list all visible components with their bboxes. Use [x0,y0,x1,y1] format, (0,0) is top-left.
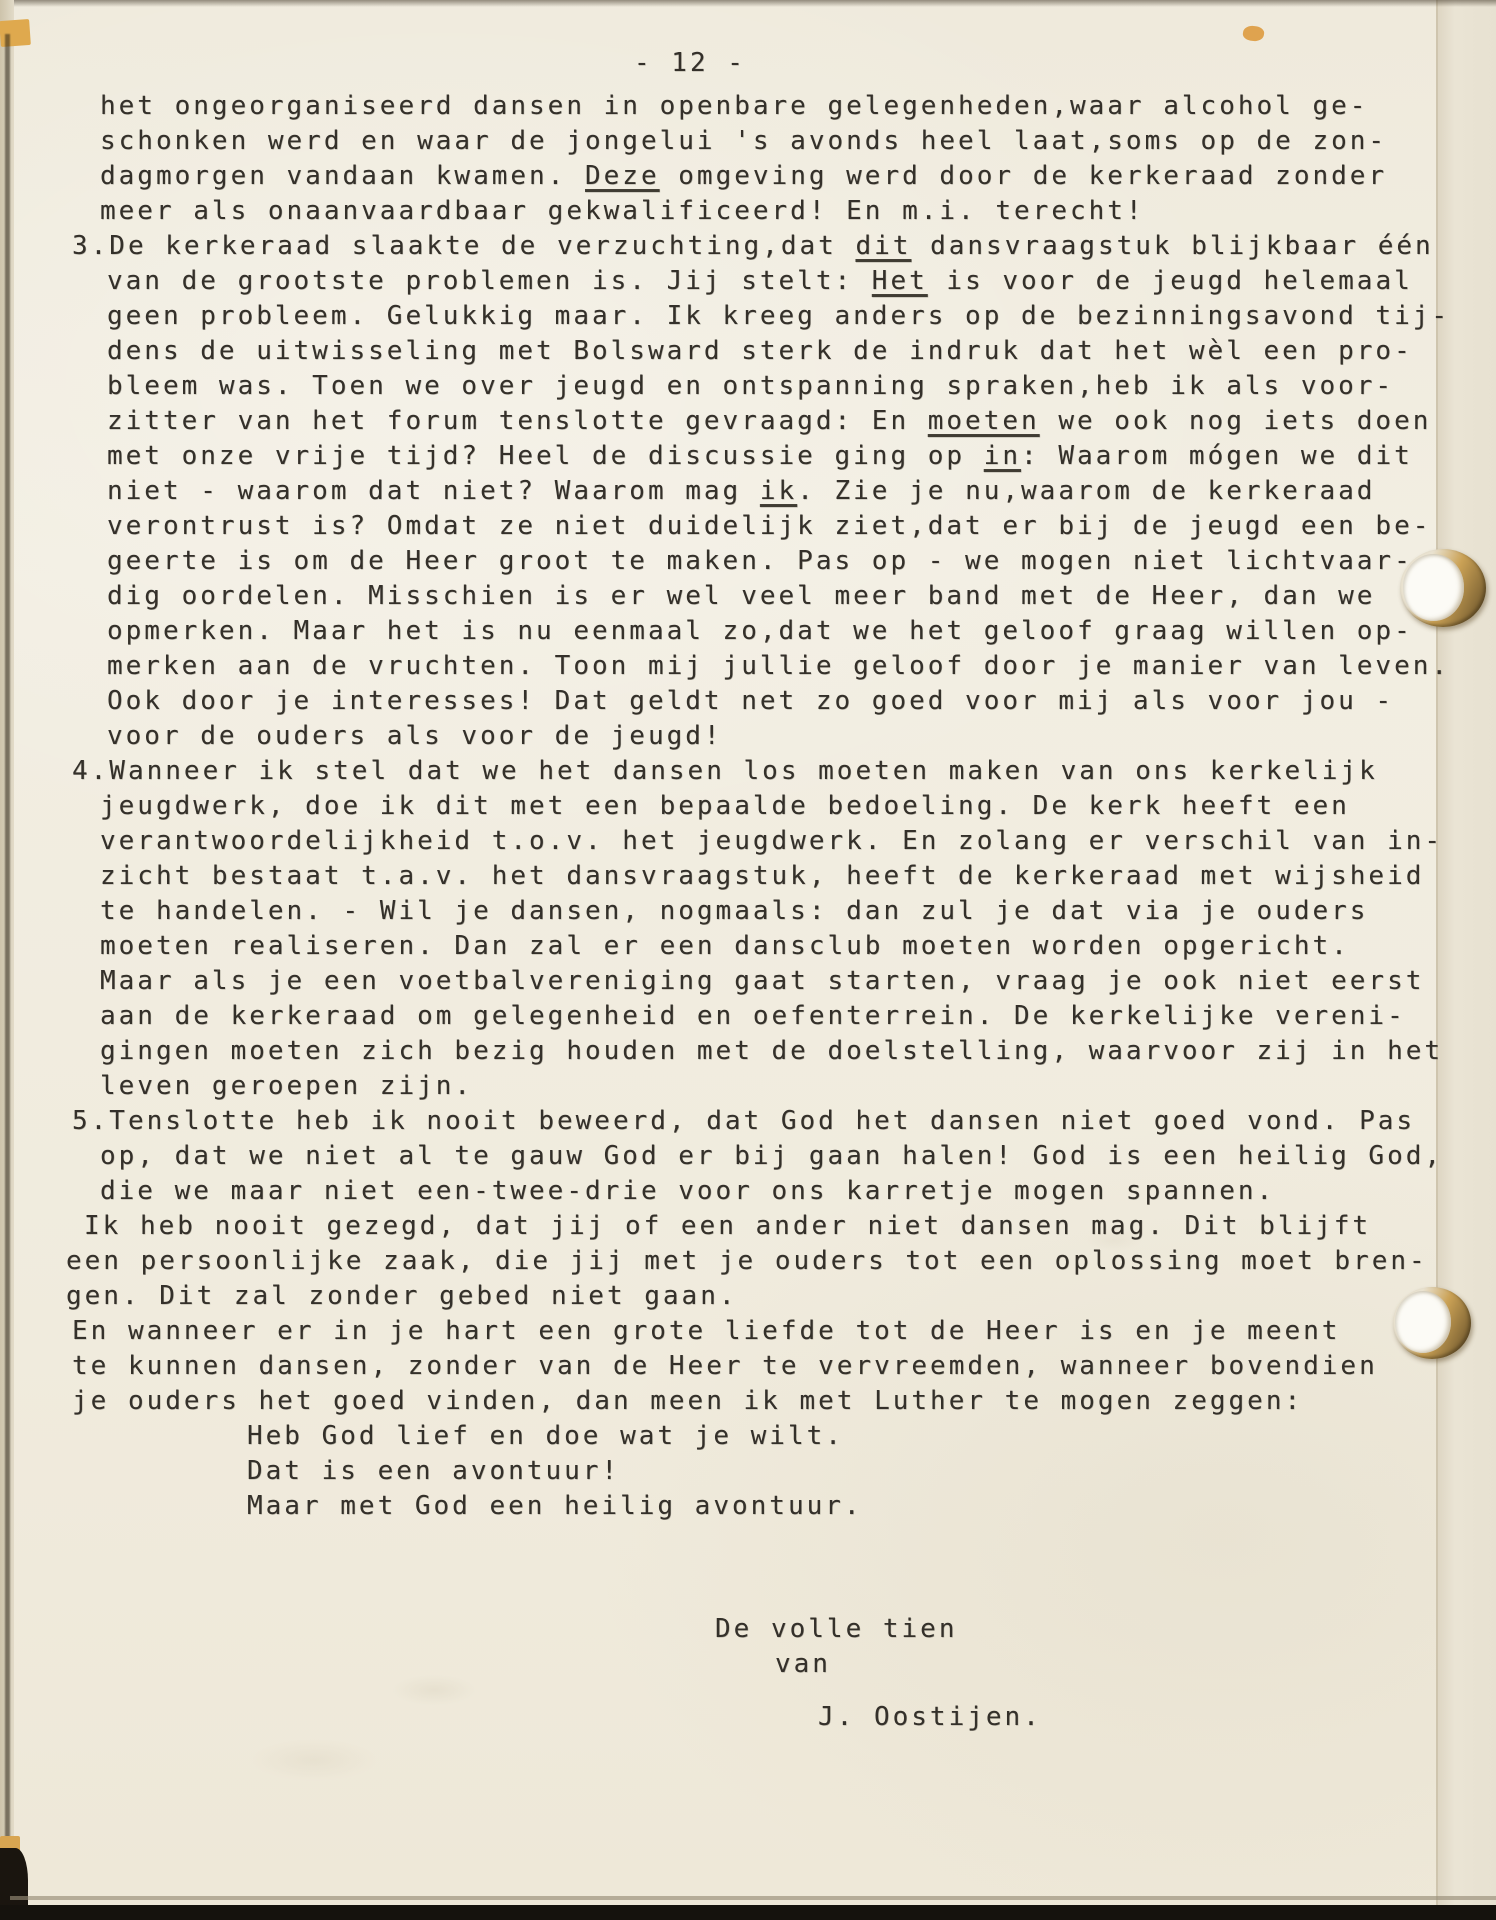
underlined-word: moeten [928,406,1040,436]
text-segment: dagmorgen vandaan kwamen. [100,161,585,191]
text-line: En wanneer er in je hart een grote liefd… [72,1314,1472,1349]
text-line: 3.De kerkeraad slaakte de verzuchting,da… [72,229,1472,264]
scan-bottom-bar [0,1905,1496,1920]
text-segment: van [775,1649,831,1679]
scan-top-shadow [0,0,1496,7]
text-line: Dat is een avontuur! [247,1454,1472,1489]
text-segment: Heb God lief en doe wat je wilt. [247,1421,844,1451]
text-segment: 5.Tenslotte heb ik nooit beweerd, dat Go… [72,1106,1415,1136]
text-segment: we ook nog iets doen [1040,406,1432,436]
underlined-word: Het [872,266,928,296]
text-segment: omgeving werd door de kerkeraad zonder [660,161,1387,191]
text-line: van [775,1647,1472,1682]
text-line: op, dat we niet al te gauw God er bij ga… [100,1139,1472,1174]
text-line: verantwoordelijkheid t.o.v. het jeugdwer… [100,824,1472,859]
text-segment: . Zie je nu,waarom de kerkeraad [797,476,1375,506]
text-line: van de grootste problemen is. Jij stelt:… [107,264,1472,299]
text-segment: En wanneer er in je hart een grote liefd… [72,1316,1340,1346]
text-segment: : Waarom mógen we dit [1021,441,1413,471]
text-line: Maar als je een voetbalvereniging gaat s… [100,964,1472,999]
text-segment: geerte is om de Heer groot te maken. Pas… [107,546,1413,576]
text-segment: het ongeorganiseerd dansen in openbare g… [100,91,1368,121]
text-line: dagmorgen vandaan kwamen. Deze omgeving … [100,159,1472,194]
text-line: dig oordelen. Misschien is er wel veel m… [107,579,1472,614]
text-segment: merken aan de vruchten. Toon mij jullie … [107,651,1450,681]
text-line: die we maar niet een-twee-drie voor ons … [100,1174,1472,1209]
text-line: 5.Tenslotte heb ik nooit beweerd, dat Go… [72,1104,1472,1139]
text-line: geen probleem. Gelukkig maar. Ik kreeg a… [107,299,1472,334]
text-line: J. Oostijen. [818,1700,1472,1735]
text-line: het ongeorganiseerd dansen in openbare g… [100,89,1472,124]
text-line: niet - waarom dat niet? Waarom mag ik. Z… [107,474,1472,509]
text-segment: op, dat we niet al te gauw God er bij ga… [100,1141,1443,1171]
text-segment: gen. Dit zal zonder gebed niet gaan. [66,1281,738,1311]
scanned-document-page: { "page": { "number": "- 12 -" }, "color… [0,0,1496,1920]
text-segment: dig oordelen. Misschien is er wel veel m… [107,581,1375,611]
text-line: aan de kerkeraad om gelegenheid en oefen… [100,999,1472,1034]
text-line: te handelen. - Wil je dansen, nogmaals: … [100,894,1472,929]
text-segment: dens de uitwisseling met Bolsward sterk … [107,336,1413,366]
underlined-word: Deze [585,161,660,191]
text-segment: opmerken. Maar het is nu eenmaal zo,dat … [107,616,1413,646]
text-line: Ik heb nooit gezegd, dat jij of een ande… [84,1209,1472,1244]
underlined-word: dit [855,231,911,261]
text-segment: Ik heb nooit gezegd, dat jij of een ande… [84,1211,1371,1241]
text-line: zicht bestaat t.a.v. het dansvraagstuk, … [100,859,1472,894]
text-line: meer als onaanvaardbaar gekwalificeerd! … [100,194,1472,229]
text-line: zitter van het forum tenslotte gevraagd:… [107,404,1472,439]
text-line: geerte is om de Heer groot te maken. Pas… [107,544,1472,579]
text-line: bleem was. Toen we over jeugd en ontspan… [107,369,1472,404]
text-line: jeugdwerk, doe ik dit met een bepaalde b… [100,789,1472,824]
text-segment: jeugdwerk, doe ik dit met een bepaalde b… [100,791,1350,821]
text-segment: verantwoordelijkheid t.o.v. het jeugdwer… [100,826,1443,856]
underlined-word: ik [760,476,797,506]
text-segment: Maar als je een voetbalvereniging gaat s… [100,966,1424,996]
text-segment: voor de ouders als voor de jeugd! [107,721,723,751]
text-line: gingen moeten zich bezig houden met de d… [100,1034,1472,1069]
underlined-word: in [984,441,1021,471]
text-segment: dansvraagstuk blijkbaar één [911,231,1433,261]
text-segment: 3.De kerkeraad slaakte de verzuchting,da… [72,231,855,261]
text-segment: is voor de jeugd helemaal [928,266,1413,296]
text-segment: je ouders het goed vinden, dan meen ik m… [72,1386,1303,1416]
text-segment: met onze vrije tijd? Heel de discussie g… [107,441,984,471]
text-line: 4.Wanneer ik stel dat we het dansen los … [72,754,1472,789]
text-segment: niet - waarom dat niet? Waarom mag [107,476,760,506]
text-line: merken aan de vruchten. Toon mij jullie … [107,649,1472,684]
text-line: verontrust is? Omdat ze niet duidelijk z… [107,509,1472,544]
text-segment: zitter van het forum tenslotte gevraagd:… [107,406,928,436]
text-segment: te kunnen dansen, zonder van de Heer te … [72,1351,1378,1381]
text-line: opmerken. Maar het is nu eenmaal zo,dat … [107,614,1472,649]
paper-bottom-edge [10,1896,1496,1900]
text-segment: zicht bestaat t.a.v. het dansvraagstuk, … [100,861,1424,891]
text-segment: een persoonlijke zaak, die jij met je ou… [66,1246,1428,1276]
text-line: Maar met God een heilig avontuur. [247,1489,1472,1524]
text-line: met onze vrije tijd? Heel de discussie g… [107,439,1472,474]
binding-seam-line [5,34,10,1864]
text-line: De volle tien [715,1612,1472,1647]
text-segment: Ook door je interesses! Dat geldt net zo… [107,686,1394,716]
typewritten-text: het ongeorganiseerd dansen in openbare g… [72,89,1472,1735]
text-segment: Maar met God een heilig avontuur. [247,1491,863,1521]
text-segment: meer als onaanvaardbaar gekwalificeerd! … [100,196,1145,226]
text-line: schonken werd en waar de jongelui 's avo… [100,124,1472,159]
text-segment: schonken werd en waar de jongelui 's avo… [100,126,1387,156]
text-segment: moeten realiseren. Dan zal er een danscl… [100,931,1350,961]
text-segment: leven geroepen zijn. [100,1071,473,1101]
text-segment: J. Oostijen. [818,1702,1042,1732]
text-segment: De volle tien [715,1614,958,1644]
text-segment: die we maar niet een-twee-drie voor ons … [100,1176,1275,1206]
text-line: Ook door je interesses! Dat geldt net zo… [107,684,1472,719]
page-number: - 12 - [634,46,746,81]
text-segment: te handelen. - Wil je dansen, nogmaals: … [100,896,1368,926]
text-line: moeten realiseren. Dan zal er een danscl… [100,929,1472,964]
text-line: gen. Dit zal zonder gebed niet gaan. [66,1279,1472,1314]
text-segment: aan de kerkeraad om gelegenheid en oefen… [100,1001,1406,1031]
text-segment: bleem was. Toen we over jeugd en ontspan… [107,371,1394,401]
text-line: voor de ouders als voor de jeugd! [107,719,1472,754]
text-line: Heb God lief en doe wat je wilt. [247,1419,1472,1454]
text-line: je ouders het goed vinden, dan meen ik m… [72,1384,1472,1419]
text-segment: gingen moeten zich bezig houden met de d… [100,1036,1443,1066]
text-segment: van de grootste problemen is. Jij stelt: [107,266,872,296]
text-segment: 4.Wanneer ik stel dat we het dansen los … [72,756,1378,786]
text-line: dens de uitwisseling met Bolsward sterk … [107,334,1472,369]
text-segment: Dat is een avontuur! [247,1456,620,1486]
text-line: leven geroepen zijn. [100,1069,1472,1104]
text-line: een persoonlijke zaak, die jij met je ou… [66,1244,1472,1279]
text-line: te kunnen dansen, zonder van de Heer te … [72,1349,1472,1384]
text-segment: geen probleem. Gelukkig maar. Ik kreeg a… [107,301,1450,331]
text-segment: verontrust is? Omdat ze niet duidelijk z… [107,511,1431,541]
